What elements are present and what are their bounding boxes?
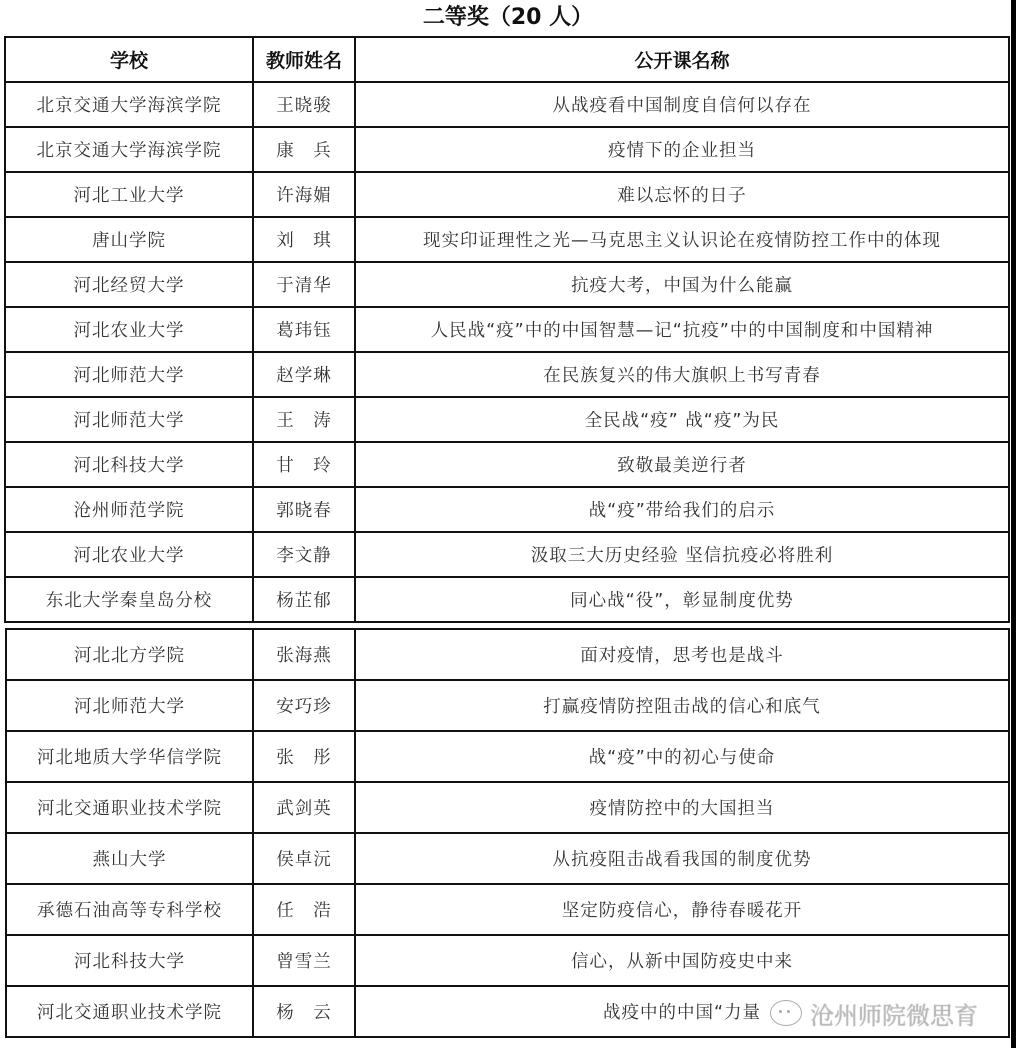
cell-school: 河北师范大学 [5, 352, 253, 397]
table-row: 河北科技大学甘 玲致敬最美逆行者 [5, 442, 1009, 487]
cell-teacher: 安巧珍 [253, 680, 355, 731]
cell-course: 打赢疫情防控阻击战的信心和底气 [355, 680, 1009, 731]
cell-school: 河北科技大学 [6, 935, 253, 986]
watermark: 沧州师院微思育 [770, 996, 978, 1030]
table-row: 河北交通职业技术学院武剑英疫情防控中的大国担当 [6, 782, 1009, 833]
table-row: 河北工业大学许海媚难以忘怀的日子 [5, 172, 1009, 217]
table-row: 河北北方学院张海燕面对疫情，思考也是战斗 [6, 629, 1009, 680]
cell-school: 河北科技大学 [5, 442, 253, 487]
award-table-part-2: 河北北方学院张海燕面对疫情，思考也是战斗河北师范大学安巧珍打赢疫情防控阻击战的信… [5, 628, 1010, 1038]
cell-teacher: 杨芷郁 [253, 577, 355, 622]
column-header-teacher: 教师姓名 [253, 37, 355, 82]
cell-school: 河北师范大学 [6, 680, 253, 731]
cell-course: 面对疫情，思考也是战斗 [355, 629, 1009, 680]
cell-school: 燕山大学 [6, 833, 253, 884]
cell-teacher: 葛玮钰 [253, 307, 355, 352]
cell-teacher: 刘 琪 [253, 217, 355, 262]
cell-school: 河北北方学院 [6, 629, 253, 680]
cell-course: 抗疫大考，中国为什么能赢 [355, 262, 1009, 307]
cell-course: 战“疫”中的初心与使命 [355, 731, 1009, 782]
cell-teacher: 许海媚 [253, 172, 355, 217]
table-row: 河北师范大学安巧珍打赢疫情防控阻击战的信心和底气 [6, 680, 1009, 731]
award-table-part-1: 学校 教师姓名 公开课名称 北京交通大学海滨学院王晓骏从战疫看中国制度自信何以存… [4, 36, 1010, 623]
table-row: 河北地质大学华信学院张 彤战“疫”中的初心与使命 [6, 731, 1009, 782]
column-header-course: 公开课名称 [355, 37, 1009, 82]
watermark-text: 沧州师院微思育 [810, 996, 978, 1031]
cell-teacher: 甘 玲 [253, 442, 355, 487]
table-row: 河北农业大学葛玮钰人民战“疫”中的中国智慧—记“抗疫”中的中国制度和中国精神 [5, 307, 1009, 352]
cell-course: 疫情防控中的大国担当 [355, 782, 1009, 833]
cell-course: 坚定防疫信心，静待春暖花开 [355, 884, 1009, 935]
table-row: 承德石油高等专科学校任 浩坚定防疫信心，静待春暖花开 [6, 884, 1009, 935]
cell-course: 汲取三大历史经验 坚信抗疫必将胜利 [355, 532, 1009, 577]
cell-school: 河北农业大学 [5, 307, 253, 352]
cell-teacher: 张 彤 [253, 731, 355, 782]
cell-course: 从战疫看中国制度自信何以存在 [355, 82, 1009, 127]
cell-course: 战“疫”带给我们的启示 [355, 487, 1009, 532]
table-row: 河北师范大学赵学琳在民族复兴的伟大旗帜上书写青春 [5, 352, 1009, 397]
cell-school: 河北交通职业技术学院 [6, 782, 253, 833]
cell-course: 致敬最美逆行者 [355, 442, 1009, 487]
cell-teacher: 张海燕 [253, 629, 355, 680]
table-row: 燕山大学侯卓沅从抗疫阻击战看我国的制度优势 [6, 833, 1009, 884]
cell-school: 河北经贸大学 [5, 262, 253, 307]
table-row: 河北科技大学曾雪兰信心，从新中国防疫史中来 [6, 935, 1009, 986]
cell-school: 沧州师范学院 [5, 487, 253, 532]
cell-school: 北京交通大学海滨学院 [5, 127, 253, 172]
cell-teacher: 王 涛 [253, 397, 355, 442]
cell-teacher: 王晓骏 [253, 82, 355, 127]
cell-school: 河北师范大学 [5, 397, 253, 442]
cell-teacher: 杨 云 [253, 986, 355, 1037]
cell-school: 河北地质大学华信学院 [6, 731, 253, 782]
table-row: 北京交通大学海滨学院康 兵疫情下的企业担当 [5, 127, 1009, 172]
cell-school: 河北农业大学 [5, 532, 253, 577]
cell-course: 同心战“役”，彰显制度优势 [355, 577, 1009, 622]
cell-school: 北京交通大学海滨学院 [5, 82, 253, 127]
cell-course: 信心，从新中国防疫史中来 [355, 935, 1009, 986]
cell-teacher: 李文静 [253, 532, 355, 577]
table-row: 河北经贸大学于清华抗疫大考，中国为什么能赢 [5, 262, 1009, 307]
page-title: 二等奖（20 人） [0, 0, 1016, 36]
table-row: 沧州师范学院郭晓春战“疫”带给我们的启示 [5, 487, 1009, 532]
column-header-school: 学校 [5, 37, 253, 82]
cell-school: 承德石油高等专科学校 [6, 884, 253, 935]
cell-teacher: 于清华 [253, 262, 355, 307]
cell-teacher: 赵学琳 [253, 352, 355, 397]
table-header-row: 学校 教师姓名 公开课名称 [5, 37, 1009, 82]
wechat-bubble-icon [770, 1000, 802, 1026]
cell-teacher: 郭晓春 [253, 487, 355, 532]
edge-strip [1011, 0, 1016, 1048]
cell-course: 在民族复兴的伟大旗帜上书写青春 [355, 352, 1009, 397]
table-row: 北京交通大学海滨学院王晓骏从战疫看中国制度自信何以存在 [5, 82, 1009, 127]
cell-school: 唐山学院 [5, 217, 253, 262]
table-row: 东北大学秦皇岛分校杨芷郁同心战“役”，彰显制度优势 [5, 577, 1009, 622]
table-row: 河北农业大学李文静汲取三大历史经验 坚信抗疫必将胜利 [5, 532, 1009, 577]
cell-school: 河北交通职业技术学院 [6, 986, 253, 1037]
cell-school: 河北工业大学 [5, 172, 253, 217]
cell-course: 疫情下的企业担当 [355, 127, 1009, 172]
cell-teacher: 任 浩 [253, 884, 355, 935]
cell-course: 难以忘怀的日子 [355, 172, 1009, 217]
cell-course: 现实印证理性之光—马克思主义认识论在疫情防控工作中的体现 [355, 217, 1009, 262]
cell-teacher: 康 兵 [253, 127, 355, 172]
cell-teacher: 曾雪兰 [253, 935, 355, 986]
cell-school: 东北大学秦皇岛分校 [5, 577, 253, 622]
cell-teacher: 侯卓沅 [253, 833, 355, 884]
cell-course: 从抗疫阻击战看我国的制度优势 [355, 833, 1009, 884]
cell-course: 全民战“疫” 战“疫”为民 [355, 397, 1009, 442]
table-row: 唐山学院刘 琪现实印证理性之光—马克思主义认识论在疫情防控工作中的体现 [5, 217, 1009, 262]
cell-course: 人民战“疫”中的中国智慧—记“抗疫”中的中国制度和中国精神 [355, 307, 1009, 352]
table-row: 河北师范大学王 涛全民战“疫” 战“疫”为民 [5, 397, 1009, 442]
cell-teacher: 武剑英 [253, 782, 355, 833]
